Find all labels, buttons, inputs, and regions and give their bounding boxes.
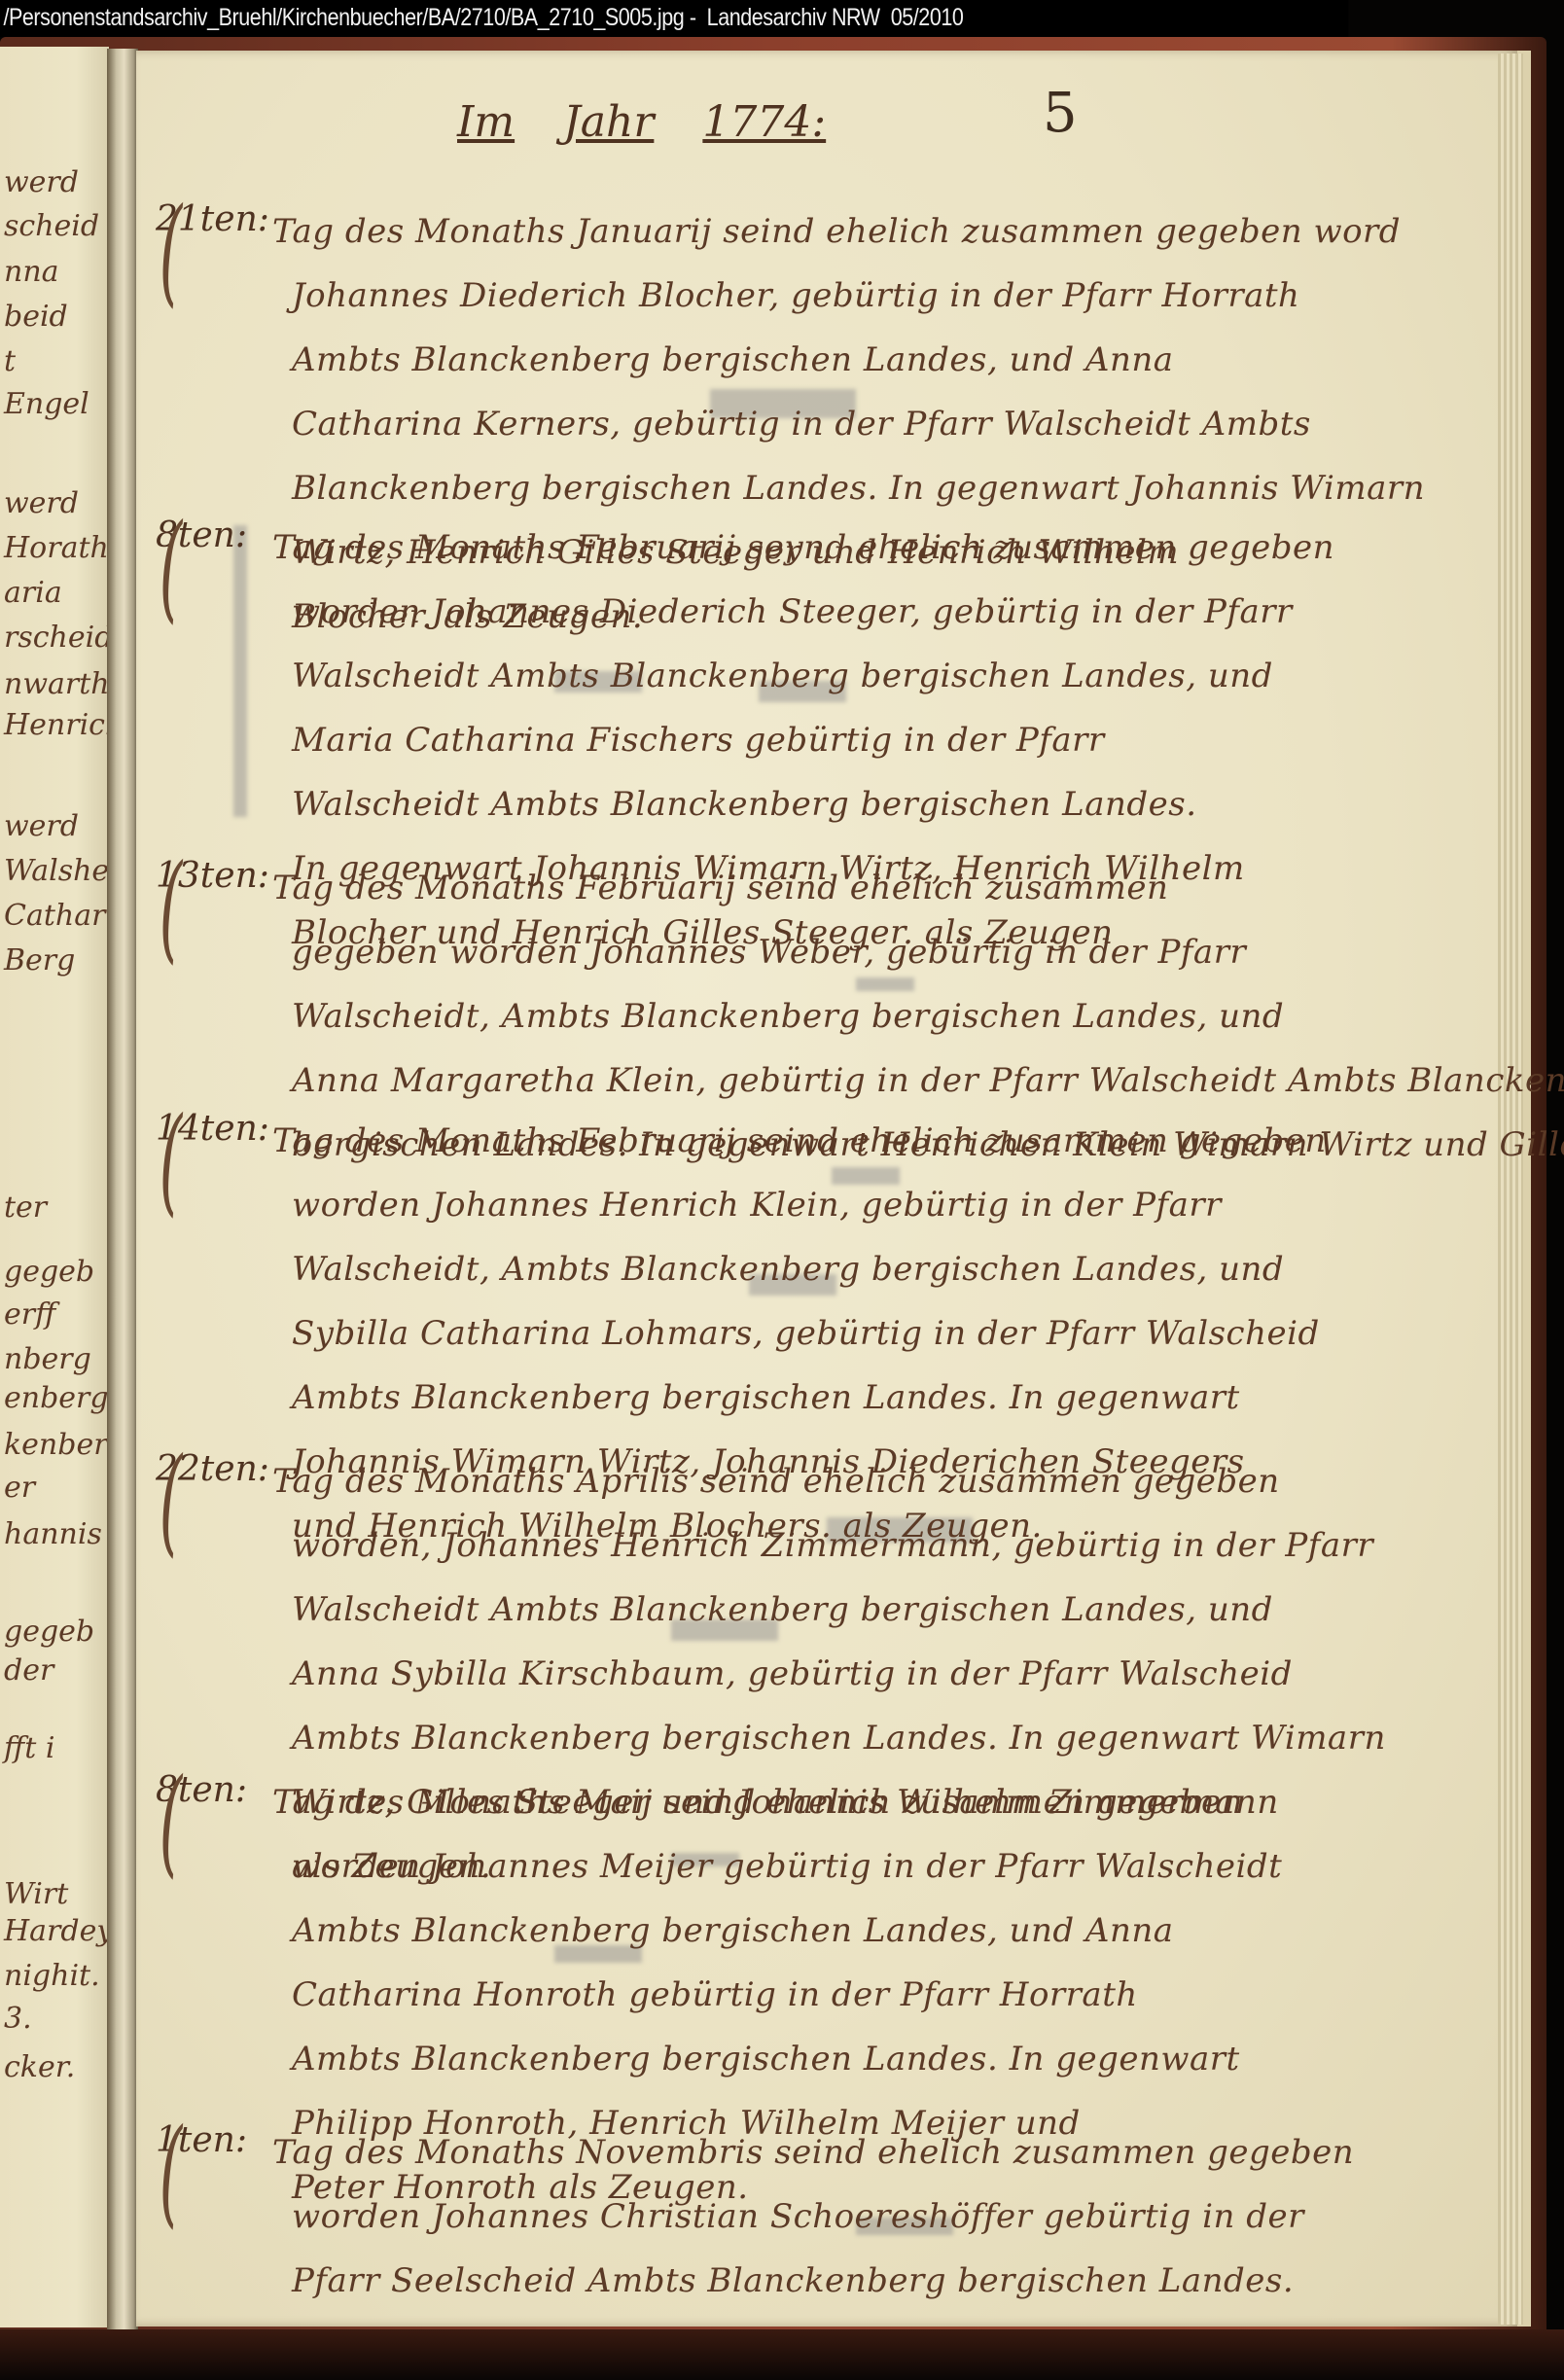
left-page-text-fragment: werd: [4, 486, 103, 520]
entry-line: Tag des Monaths Februarij seind ehelich …: [156, 1109, 1478, 1173]
entry-line: Pfarr Seelscheid Ambts Blanckenberg berg…: [156, 2249, 1478, 2313]
entry-line: Walscheidt Ambts Blanckenberg bergischen…: [156, 644, 1478, 708]
entry-line: worden Johannes Diederich Steeger, gebür…: [156, 580, 1478, 644]
left-page-text-fragment: nna: [4, 255, 103, 289]
entry-line: Walscheidt Ambts Blanckenberg bergischen…: [156, 772, 1478, 836]
left-page-text-fragment: fft i: [4, 1731, 103, 1765]
left-page-text-fragment: Walsheid: [4, 854, 103, 888]
left-page-text-fragment: gegeb: [4, 1255, 103, 1289]
entry-line: Ambts Blanckenberg bergischen Landes. In…: [156, 1706, 1478, 1770]
entry-line: Catharina Kerners, gebürtig in der Pfarr…: [156, 392, 1478, 456]
left-page-text-fragment: rscheid: [4, 621, 103, 655]
left-page: werdscheidnnabeidtEngelwerdHorathariarsc…: [0, 47, 109, 2327]
left-page-text-fragment: 3.: [4, 2002, 103, 2036]
book-gutter: [107, 49, 138, 2329]
header-word: Im: [457, 97, 515, 147]
register-entry: 1ten:Tag des Monaths Novembris seind ehe…: [156, 2120, 1478, 2313]
entry-line: Tag des Monaths Januarij seind ehelich z…: [156, 199, 1478, 264]
left-page-text-fragment: scheid: [4, 209, 103, 243]
entry-line: Blanckenberg bergischen Landes. In gegen…: [156, 456, 1478, 520]
entry-line: Walscheidt, Ambts Blanckenberg bergische…: [156, 1237, 1478, 1301]
left-page-text-fragment: aria: [4, 576, 103, 610]
entry-line: Tag des Monaths Maij seind ehelich zusam…: [156, 1770, 1478, 1834]
entry-line: Walscheidt Ambts Blanckenberg bergischen…: [156, 1578, 1478, 1642]
left-page-text-fragment: kenberg: [4, 1428, 103, 1462]
left-page-text-fragment: erff: [4, 1297, 103, 1332]
left-page-text-fragment: beid: [4, 300, 103, 334]
entry-line: worden Johannes Meijer gebürtig in der P…: [156, 1834, 1478, 1899]
entry-line: Anna Margaretha Klein, gebürtig in der P…: [156, 1048, 1478, 1113]
entry-date: 8ten:: [156, 1770, 247, 1810]
left-page-text-fragment: Henrichen: [4, 708, 103, 742]
left-page-text-fragment: Horath: [4, 531, 103, 565]
left-page-text-fragment: Engel: [4, 387, 103, 421]
entry-line: gegeben worden Johannes Weber, gebürtig …: [156, 920, 1478, 984]
left-page-text-fragment: gegeb: [4, 1615, 103, 1649]
book-cover-bottom: [0, 2329, 1564, 2380]
left-page-text-fragment: t: [4, 344, 103, 378]
entry-line: Catharina Honroth gebürtig in der Pfarr …: [156, 1963, 1478, 2027]
left-page-text-fragment: werd: [4, 809, 103, 843]
archive-caption: /Personenstandsarchiv_Bruehl/Kirchenbuec…: [0, 0, 1348, 37]
entry-line: Ambts Blanckenberg bergischen Landes, un…: [156, 1899, 1478, 1963]
left-page-text-fragment: Catharina: [4, 899, 103, 933]
left-page-text-fragment: nwarth: [4, 667, 103, 701]
left-page-text-fragment: er: [4, 1471, 103, 1505]
left-page-text-fragment: Berg: [4, 943, 103, 977]
left-page-text-fragment: nberg: [4, 1342, 103, 1376]
left-page-text-fragment: nighit.: [4, 1959, 103, 1993]
header-year: 1774:: [702, 97, 826, 147]
page-header: Im Jahr 1774:: [457, 97, 861, 147]
entry-date: 13ten:: [156, 856, 269, 896]
entry-date: 22ten:: [156, 1449, 269, 1489]
header-word: Jahr: [563, 97, 654, 147]
left-page-text-fragment: der: [4, 1653, 103, 1687]
entry-date: 1ten:: [156, 2120, 247, 2160]
page-edges: [1498, 53, 1523, 2325]
entry-line: Ambts Blanckenberg bergischen Landes, un…: [156, 328, 1478, 392]
page-number: 5: [1043, 82, 1078, 145]
entry-date: 21ten:: [156, 199, 269, 239]
entry-line: Anna Sybilla Kirschbaum, gebürtig in der…: [156, 1642, 1478, 1706]
entry-line: Tag des Monaths Februarij seind ehelich …: [156, 856, 1478, 920]
left-page-text-fragment: hannis: [4, 1517, 103, 1551]
left-page-text-fragment: ter: [4, 1190, 103, 1225]
entry-line: Sybilla Catharina Lohmars, gebürtig in d…: [156, 1301, 1478, 1366]
entry-date: 14ten:: [156, 1109, 269, 1149]
entry-line: Johannes Diederich Blocher, gebürtig in …: [156, 264, 1478, 328]
left-page-text-fragment: Wirt: [4, 1877, 103, 1911]
entry-line: Ambts Blanckenberg bergischen Landes. In…: [156, 2027, 1478, 2091]
entry-line: worden Johannes Christian Schoereshöffer…: [156, 2185, 1478, 2249]
left-page-text-fragment: Hardey: [4, 1914, 103, 1948]
entry-line: Tag des Monaths Novembris seind ehelich …: [156, 2120, 1478, 2185]
entry-line: worden, Johannes Henrich Zimmermann, geb…: [156, 1513, 1478, 1578]
entry-line: Maria Catharina Fischers gebürtig in der…: [156, 708, 1478, 772]
left-page-text-fragment: cker.: [4, 2050, 103, 2084]
left-page-text-fragment: enberg: [4, 1381, 103, 1415]
entry-date: 8ten:: [156, 515, 247, 555]
entry-line: Walscheidt, Ambts Blanckenberg bergische…: [156, 984, 1478, 1048]
entry-line: Tag des Monaths Aprilis seind ehelich zu…: [156, 1449, 1478, 1513]
entry-line: Tag des Monaths Februarij seynd ehelich …: [156, 515, 1478, 580]
entry-line: worden Johannes Henrich Klein, gebürtig …: [156, 1173, 1478, 1237]
left-page-text-fragment: werd: [4, 165, 103, 199]
entry-line: Ambts Blanckenberg bergischen Landes. In…: [156, 1366, 1478, 1430]
